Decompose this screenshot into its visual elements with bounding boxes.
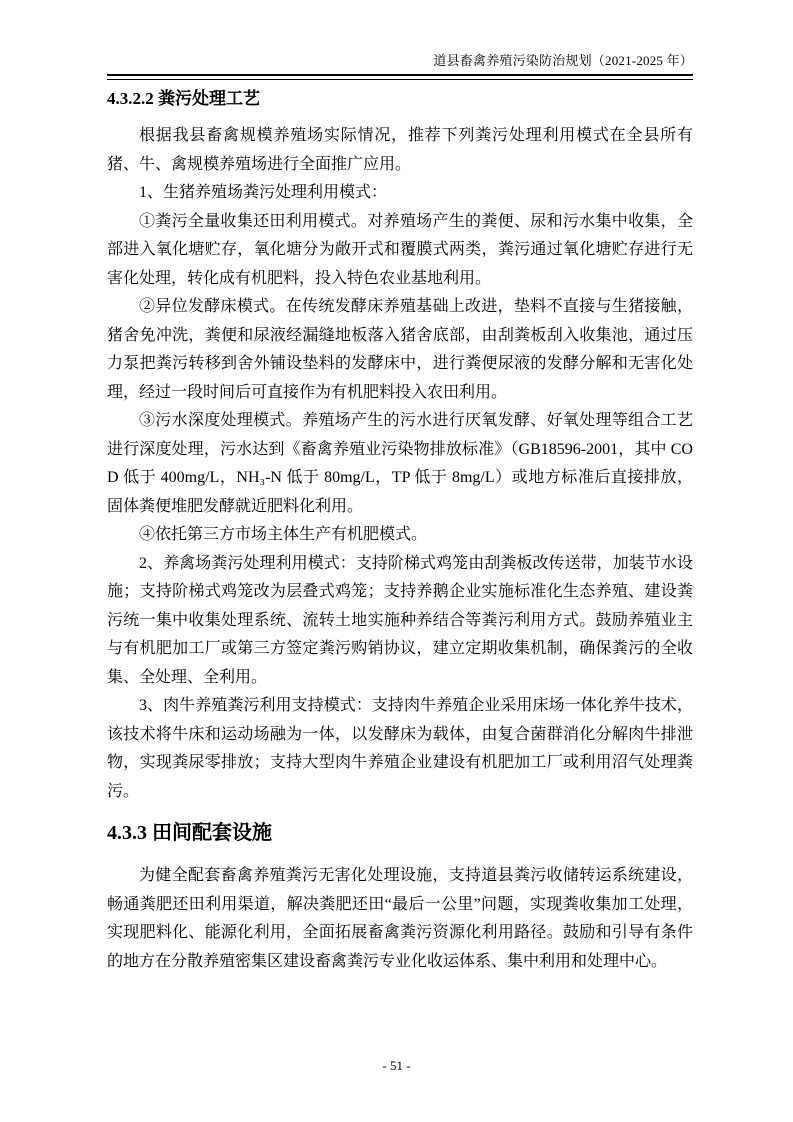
running-header-title: 道县畜禽养殖污染防治规划（2021-2025 年）: [433, 53, 693, 68]
section-heading-4-3-2-2: 4.3.2.2 粪污处理工艺: [107, 88, 693, 110]
page-content: 道县畜禽养殖污染防治规划（2021-2025 年） 4.3.2.2 粪污处理工艺…: [107, 52, 693, 976]
document-body: 4.3.2.2 粪污处理工艺 根据我县畜禽规模养殖场实际情况，推荐下列粪污处理利…: [107, 88, 693, 976]
document-page: 道县畜禽养殖污染防治规划（2021-2025 年） 4.3.2.2 粪污处理工艺…: [0, 0, 793, 1122]
paragraph-mode-3: ③污水深度处理模式。养殖场产生的污水进行厌氧发酵、好氧处理等组合工艺进行深度处理…: [107, 407, 693, 521]
section-heading-4-3-3: 4.3.3 田间配套设施: [107, 820, 693, 846]
running-header: 道县畜禽养殖污染防治规划（2021-2025 年）: [107, 52, 693, 74]
header-rule: [107, 74, 693, 80]
page-number: - 51 -: [382, 1058, 410, 1073]
paragraph-field-facilities: 为健全配套畜禽养殖粪污无害化处理设施，支持道县粪污收储转运系统建设，畅通粪肥还田…: [107, 862, 693, 976]
paragraph-intro: 根据我县畜禽规模养殖场实际情况，推荐下列粪污处理利用模式在全县所有猪、牛、禽规模…: [107, 122, 693, 179]
paragraph-pig-mode-title: 1、生猪养殖场粪污处理利用模式：: [107, 179, 693, 208]
paragraph-mode-1: ①粪污全量收集还田利用模式。对养殖场产生的粪便、尿和污水集中收集，全部进入氧化塘…: [107, 208, 693, 294]
paragraph-mode-2: ②异位发酵床模式。在传统发酵床养殖基础上改进，垫料不直接与生猪接触，猪舍免冲洗，…: [107, 293, 693, 407]
paragraph-mode-4: ④依托第三方市场主体生产有机肥模式。: [107, 521, 693, 550]
page-footer: - 51 -: [0, 1058, 793, 1074]
paragraph-poultry-mode: 2、养禽场粪污处理利用模式：支持阶梯式鸡笼由刮粪板改传送带，加装节水设施；支持阶…: [107, 550, 693, 693]
paragraph-cattle-mode: 3、肉牛养殖粪污利用支持模式：支持肉牛养殖企业采用床场一体化养牛技术，该技术将牛…: [107, 692, 693, 806]
